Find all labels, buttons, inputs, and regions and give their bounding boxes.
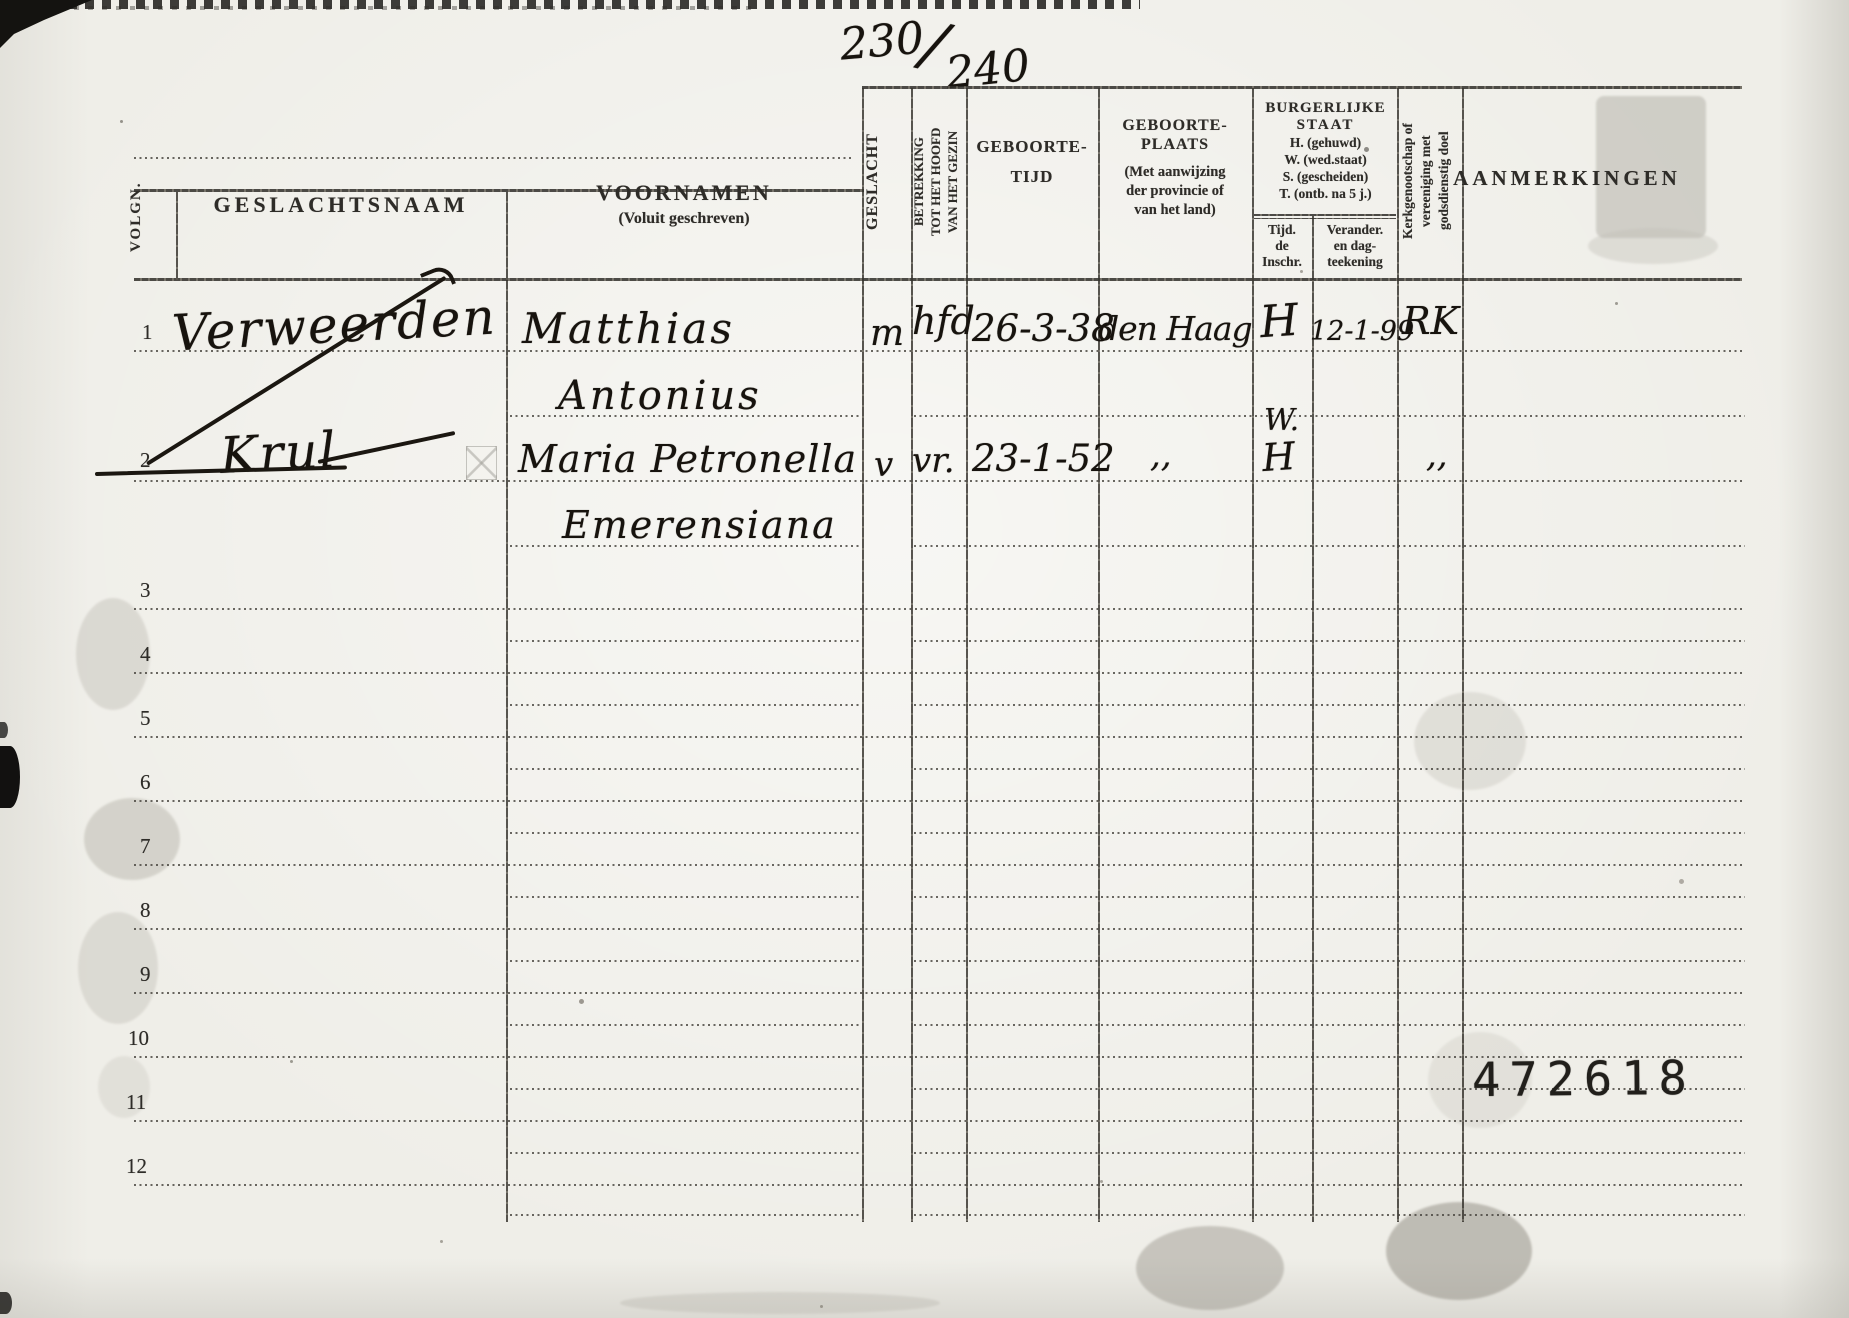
grid-line bbox=[510, 896, 862, 898]
subheader-verander: Verander. en dag- teekening bbox=[1314, 222, 1396, 270]
geboorteplaats-line1: GEBOORTE- bbox=[1098, 116, 1252, 135]
geboortetijd-line2: TIJD bbox=[966, 162, 1098, 192]
grid-line bbox=[914, 896, 1745, 898]
column-header-betrekking: BETREKKING TOT HET HOOFD VAN HET GEZIN bbox=[910, 92, 966, 272]
entry2-burgstaat-line1: W. bbox=[1264, 406, 1299, 436]
burgstaat-line1: BURGERLIJKE bbox=[1254, 100, 1397, 117]
grid-line bbox=[134, 157, 852, 159]
grid-line bbox=[914, 1214, 1745, 1216]
verander-line3: teekening bbox=[1314, 254, 1396, 270]
row-number: 12 bbox=[126, 1154, 147, 1179]
entry1-burgstaat-datum: 12-1-99 bbox=[1310, 318, 1414, 345]
row-number: 11 bbox=[126, 1090, 146, 1115]
grid-line bbox=[134, 1184, 1745, 1186]
entry2-firstname-line1: Maria Petronella bbox=[518, 440, 857, 478]
grid-line bbox=[510, 1214, 862, 1216]
grid-line bbox=[506, 192, 508, 1222]
entry2-burgstaat-line2: H bbox=[1261, 437, 1297, 477]
grid-line bbox=[510, 768, 862, 770]
grid-line bbox=[134, 672, 1745, 674]
pencil-checkbox-mark bbox=[466, 446, 497, 480]
grid-line bbox=[510, 1088, 862, 1090]
entry1-kerkgenootschap: RK bbox=[1402, 302, 1459, 340]
grid-line bbox=[510, 960, 862, 962]
grid-line bbox=[134, 800, 1745, 802]
row-number: 1 bbox=[142, 320, 153, 345]
grid-line bbox=[914, 415, 1745, 417]
subheader-tijd-inschr: Tijd. de Inschr. bbox=[1254, 222, 1310, 270]
row-number: 8 bbox=[140, 898, 151, 923]
scanned-register-card: 230 / 240 VOLGN. GESLACHTSNAAM VOORNAMEN… bbox=[0, 0, 1849, 1318]
grid-line bbox=[134, 736, 1745, 738]
entry2-geslacht: v bbox=[874, 448, 893, 482]
geslacht-label: GESLACHT bbox=[864, 96, 882, 268]
row-number: 9 bbox=[140, 962, 151, 987]
betrekking-line1: BETREKKING bbox=[910, 92, 927, 272]
stamp-serial-number: 472618 bbox=[1472, 1051, 1696, 1108]
entry1-burgstaat: H bbox=[1259, 299, 1300, 346]
grid-line bbox=[134, 992, 1745, 994]
grid-line bbox=[914, 640, 1745, 642]
grid-line bbox=[914, 768, 1745, 770]
grid-line bbox=[914, 545, 1745, 547]
burgstaat-line6: T. (ontb. na 5 j.) bbox=[1254, 185, 1397, 202]
tijd-inschr-line3: Inschr. bbox=[1254, 254, 1310, 270]
column-header-voornamen: VOORNAMEN bbox=[506, 180, 862, 206]
grid-line bbox=[862, 86, 1742, 89]
column-header-burgerlijke-staat: BURGERLIJKE STAAT H. (gehuwd) W. (wed.st… bbox=[1254, 100, 1397, 202]
column-header-geslacht: GESLACHT bbox=[864, 96, 911, 268]
grid-line bbox=[510, 704, 862, 706]
geboorteplaats-sub1: (Met aanwijzing bbox=[1098, 163, 1252, 182]
burgstaat-line5: S. (gescheiden) bbox=[1254, 168, 1397, 185]
grid-line bbox=[914, 832, 1745, 834]
grid-line bbox=[1098, 88, 1100, 1222]
entry1-geboortetijd: 26-3-38 bbox=[972, 310, 1115, 347]
entry1-betrekking: hfd bbox=[912, 302, 975, 340]
grid-line bbox=[134, 608, 1745, 610]
column-header-volgn: VOLGN. bbox=[128, 158, 174, 276]
entry2-geboorteplaats-ditto: ,, bbox=[1150, 438, 1172, 472]
grid-line bbox=[510, 1024, 862, 1026]
grid-line bbox=[134, 1120, 1745, 1122]
row-number: 5 bbox=[140, 706, 151, 731]
betrekking-line2: TOT HET HOOFD bbox=[927, 92, 944, 272]
row-number: 6 bbox=[140, 770, 151, 795]
geboorteplaats-sub3: van het land) bbox=[1098, 201, 1252, 220]
geboorteplaats-sub2: der provincie of bbox=[1098, 182, 1252, 201]
geboortetijd-line1: GEBOORTE- bbox=[966, 132, 1098, 162]
entry2-geboortetijd: 23-1-52 bbox=[972, 440, 1115, 477]
grid-line bbox=[510, 1152, 862, 1154]
burgstaat-line3: H. (gehuwd) bbox=[1254, 134, 1397, 151]
verander-line2: en dag- bbox=[1314, 238, 1396, 254]
grid-line bbox=[510, 832, 862, 834]
grid-line bbox=[134, 928, 1745, 930]
column-header-aanmerkingen: AANMERKINGEN bbox=[1417, 166, 1717, 191]
entry2-betrekking: vr. bbox=[912, 444, 955, 478]
geboorteplaats-line2: PLAATS bbox=[1098, 135, 1252, 154]
grid-line bbox=[134, 278, 1742, 281]
grid-line bbox=[1254, 214, 1396, 216]
row-number: 3 bbox=[140, 578, 151, 603]
column-header-voornamen-sub: (Voluit geschreven) bbox=[506, 210, 862, 228]
burgstaat-line2: STAAT bbox=[1254, 117, 1397, 134]
entry1-firstname-line1: Matthias bbox=[522, 308, 735, 350]
row-number: 4 bbox=[140, 642, 151, 667]
entry1-geslacht: m bbox=[870, 316, 904, 352]
betrekking-line3: VAN HET GEZIN bbox=[944, 92, 961, 272]
grid-line bbox=[134, 864, 1745, 866]
entry2-surname: Krul bbox=[219, 425, 339, 481]
tijd-inschr-line1: Tijd. bbox=[1254, 222, 1310, 238]
burgstaat-line4: W. (wed.staat) bbox=[1254, 151, 1397, 168]
column-header-geboortetijd: GEBOORTE- TIJD bbox=[966, 132, 1098, 192]
entry2-kerkgenootschap-ditto: ,, bbox=[1426, 438, 1448, 472]
row-number: 10 bbox=[128, 1026, 149, 1051]
kerk-line1: Kerkgenootschap of bbox=[1399, 88, 1417, 274]
verander-line1: Verander. bbox=[1314, 222, 1396, 238]
grid-line bbox=[1312, 216, 1314, 1222]
grid-line bbox=[966, 88, 968, 1222]
grid-line bbox=[914, 960, 1745, 962]
volgn-label: VOLGN. bbox=[128, 158, 145, 276]
entry2-firstname-line2: Emerensiana bbox=[562, 506, 837, 544]
grid-line bbox=[1254, 218, 1396, 219]
column-header-geslachtsnaam: GESLACHTSNAAM bbox=[176, 192, 506, 218]
entry1-geboorteplaats: den Haag bbox=[1098, 312, 1252, 345]
tijd-inschr-line2: de bbox=[1254, 238, 1310, 254]
row-number: 7 bbox=[140, 834, 151, 859]
entry1-firstname-line2: Antonius bbox=[558, 376, 762, 416]
grid-line bbox=[914, 1152, 1745, 1154]
column-header-geboorteplaats: GEBOORTE- PLAATS (Met aanwijzing der pro… bbox=[1098, 116, 1252, 220]
grid-line bbox=[1462, 88, 1464, 1222]
grid-line bbox=[510, 640, 862, 642]
grid-line bbox=[914, 1024, 1745, 1026]
grid-line bbox=[914, 704, 1745, 706]
